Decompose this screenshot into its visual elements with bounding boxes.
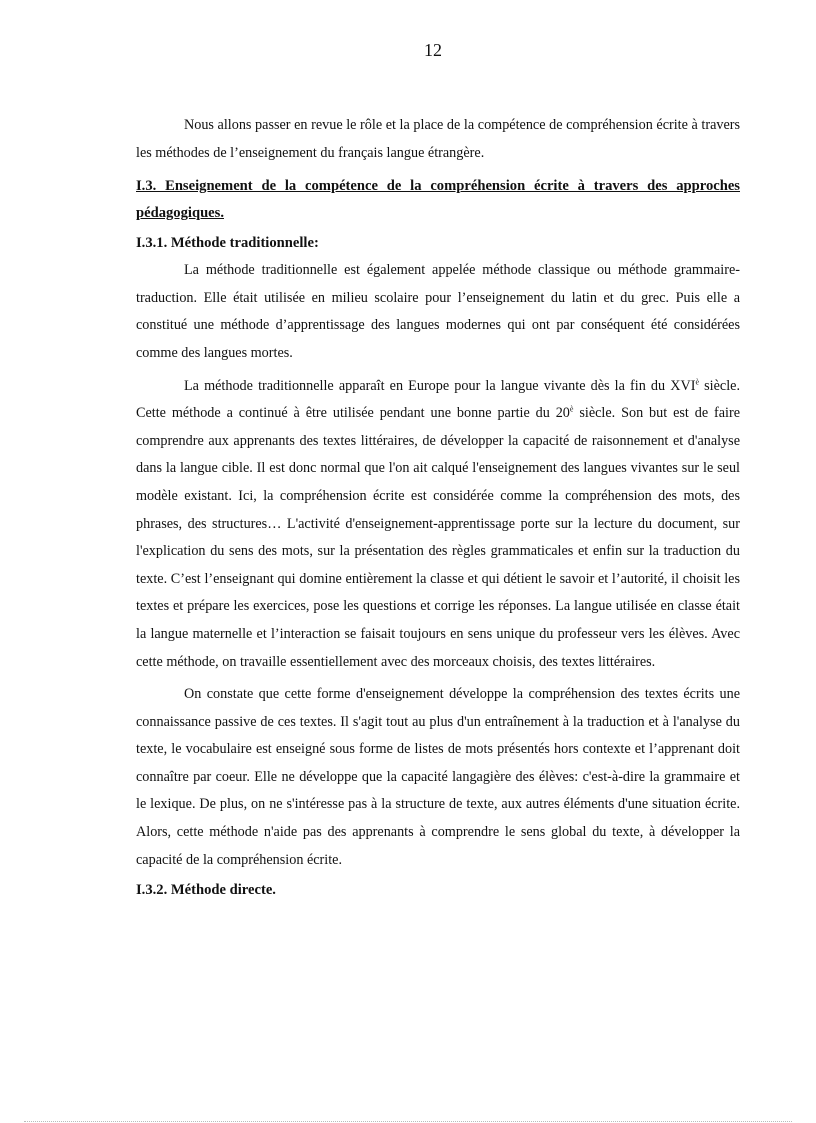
paragraph-history: La méthode traditionnelle apparaît en Eu… bbox=[136, 373, 740, 677]
paragraph-history-part-c: siècle. Son but est de faire comprendre … bbox=[136, 405, 740, 669]
paragraph-critique: On constate que cette forme d'enseigneme… bbox=[136, 681, 740, 874]
subsection-heading-directe: I.3.2. Méthode directe. bbox=[136, 876, 740, 904]
subsection-heading-traditionnelle: I.3.1. Méthode traditionnelle: bbox=[136, 229, 740, 257]
page-number: 12 bbox=[0, 40, 816, 61]
paragraph-history-part-a: La méthode traditionnelle apparaît en Eu… bbox=[184, 378, 695, 394]
section-heading: I.3. Enseignement de la compétence de la… bbox=[136, 173, 740, 227]
document-body: Nous allons passer en revue le rôle et l… bbox=[136, 112, 740, 904]
paragraph-definition: La méthode traditionnelle est également … bbox=[136, 257, 740, 367]
page-bottom-border bbox=[24, 1121, 792, 1122]
intro-paragraph: Nous allons passer en revue le rôle et l… bbox=[136, 112, 740, 167]
